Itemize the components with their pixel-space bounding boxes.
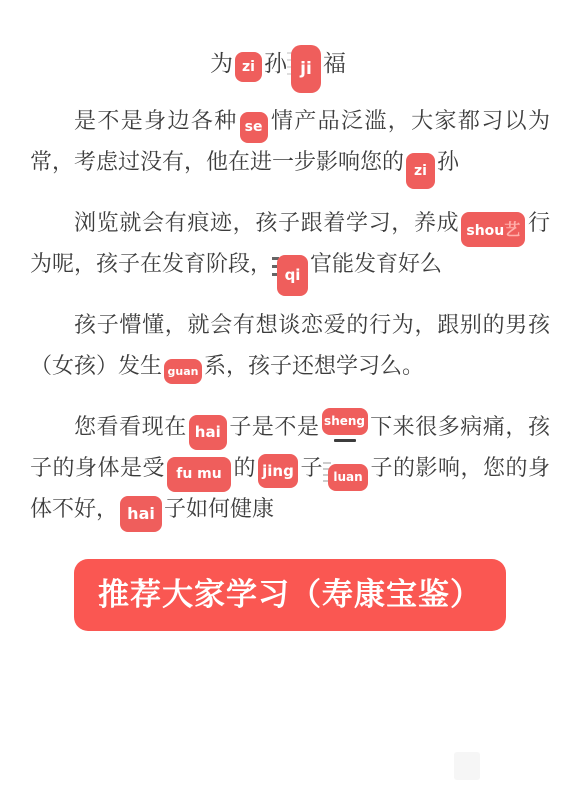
pinyin-badge-sheng: sheng: [322, 408, 368, 435]
badge-suffix-char: 艺: [504, 220, 520, 239]
paragraph-1: 是不是身边各种se情产品泛滥，大家都习以为常，考虑过没有，他在进一步影响您的zi…: [30, 100, 550, 182]
text-run: 是不是身边各种: [74, 108, 238, 133]
text-run: 子如何健康: [164, 496, 274, 521]
watermark: [454, 752, 480, 780]
article-page: 为zi孙ji福 是不是身边各种se情产品泛滥，大家都习以为常，考虑过没有，他在进…: [0, 42, 580, 631]
paragraph-4: 您看看现在hai子是不是sheng下来很多病痛，孩子的身体是受fu mu的jin…: [30, 406, 550, 529]
pinyin-badge-hai: hai: [189, 415, 227, 450]
pinyin-badge-luan: luan: [328, 464, 368, 491]
pinyin-badge-zi: zi: [235, 52, 262, 82]
title-text: 孙: [264, 50, 287, 76]
title-text: 为: [210, 50, 233, 76]
pinyin-badge-se: se: [240, 112, 268, 143]
pinyin-badge-qi: qi: [277, 255, 308, 296]
text-run: 子: [300, 455, 323, 480]
pinyin-badge-shou: shou艺: [461, 212, 525, 247]
pinyin-badge-ji: ji: [291, 45, 321, 93]
recommendation-banner: 推荐大家学习（寿康宝鉴）: [74, 559, 506, 631]
text-run: 子是不是: [229, 414, 320, 439]
pinyin-badge-zi: zi: [406, 153, 435, 189]
pinyin-badge-fumu: fu mu: [167, 457, 231, 492]
paragraph-2: 浏览就会有痕迹，孩子跟着学习，养成shou艺行为呢，孩子在发育阶段，qi官能发育…: [30, 202, 550, 284]
text-run: 浏览就会有痕迹，孩子跟着学习，养成: [74, 210, 459, 235]
text-run: 官能发育好么: [310, 251, 442, 276]
article-title: 为zi孙ji福: [18, 42, 538, 84]
pinyin-badge-hai: hai: [120, 496, 162, 532]
covered-char-fragment: [334, 439, 356, 442]
text-run: 您看看现在: [74, 414, 187, 439]
text-run: 孙: [437, 149, 459, 174]
pinyin-badge-jing: jing: [258, 454, 298, 488]
text-run: 系，孩子还想学习么。: [204, 353, 424, 378]
pinyin-badge-guan: guan: [164, 359, 202, 384]
badge-text: shou: [466, 223, 504, 239]
paragraph-3: 孩子懵懂，就会有想谈恋爱的行为，跟别的男孩（女孩）发生guan系，孩子还想学习么…: [30, 304, 550, 386]
title-text: 福: [323, 50, 346, 76]
text-run: 的: [233, 455, 256, 480]
